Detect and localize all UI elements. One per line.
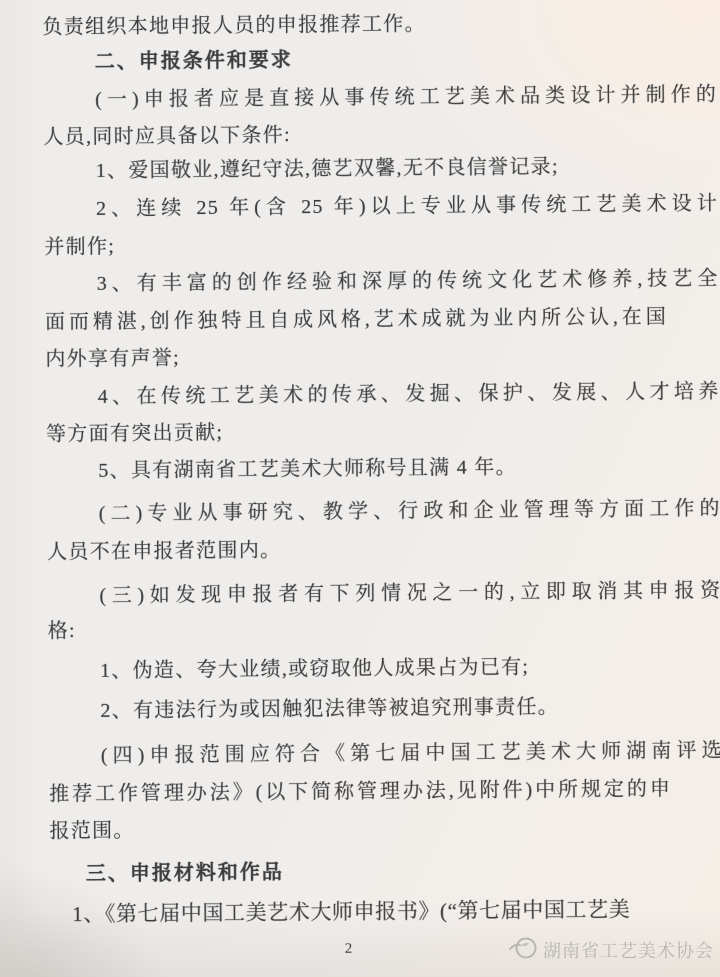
text-line: 等方面有突出贡献; [46,415,668,450]
watermark-label: 湖南省工艺美术协会 [543,937,714,963]
list-item: 3、有丰富的创作经验和深厚的传统文化艺术修养,技艺全 [45,265,719,301]
list-item: 1、伪造、夸大业绩,或窃取他人成果占为已有; [48,651,720,687]
list-item: 5、具有湖南省工艺美术大师称号且满 4 年。 [46,451,720,487]
text-line: (一)申报者应是直接从事传统工艺美术品类设计并制作的 [43,81,717,117]
text-line: 人员不在申报者范围内。 [47,533,669,568]
text-line: 负责组织本地申报人员的申报推荐工作。 [42,8,664,43]
text-line: (四)申报范围应符合《第七届中国工艺美术大师湖南评选 [49,736,720,772]
list-item: 2、有违法行为或因触犯法律等被追究刑事责任。 [48,691,720,727]
text-line: 报范围。 [49,812,671,847]
scanned-document-page: 负责组织本地申报人员的申报推荐工作。 二、申报条件和要求 (一)申报者应是直接从… [0,0,720,977]
watermark: 湖南省工艺美术协会 [507,936,714,964]
text-line: 格: [48,612,670,647]
page-number: 2 [338,941,358,958]
list-item: 1、《第七届中国工美艺术大师申报书》(“第七届中国工艺美 [50,895,694,931]
text-line: (三)如发现申报者有下列情况之一的,立即取消其申报资 [47,576,720,612]
list-item: 4、在传统工艺美术的传承、发掘、保护、发展、人才培养 [46,377,720,413]
text-line: 推荐工作管理办法》(以下简称管理办法,见附件)中所规定的申 [49,775,671,810]
list-item: 1、爱国敬业,遵纪守法,德艺双馨,无不良信誉记录; [44,152,718,188]
text-line: 并制作; [44,228,666,263]
text-line: 内外享有声誉; [45,340,667,375]
text-line: (二)专业从事研究、教学、行政和企业管理等方面工作的 [47,494,720,530]
text-line: 人员,同时应具备以下条件: [43,118,665,153]
association-logo-icon [507,935,539,966]
section-heading: 三、申报材料和作品 [50,855,708,891]
section-heading: 二、申报条件和要求 [43,43,717,79]
list-item: 2、连续 25 年(含 25 年)以上专业从事传统工艺美术设计 [44,190,718,226]
text-line: 面而精湛,创作独特且自成风格,艺术成就为业内所公认,在国 [45,303,667,338]
